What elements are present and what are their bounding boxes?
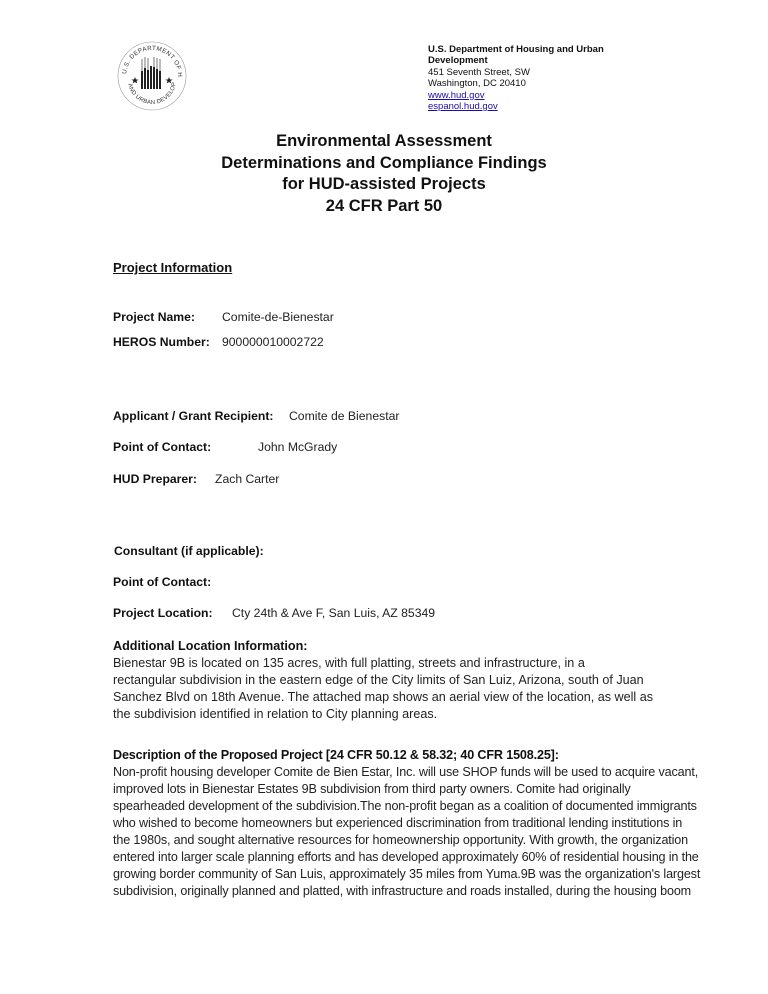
project-description-line: growing border community of San Luis, ap… — [113, 866, 723, 883]
title-line-4: 24 CFR Part 50 — [0, 196, 768, 218]
agency-name-line2: Development — [428, 55, 618, 66]
section-heading-project-information: Project Information — [113, 260, 232, 275]
project-description-line: entered into larger scale planning effor… — [113, 849, 723, 866]
point-of-contact-value: John McGrady — [258, 440, 337, 454]
hud-website-link[interactable]: www.hud.gov — [428, 90, 618, 101]
title-line-1: Environmental Assessment — [0, 131, 768, 153]
agency-street: 451 Seventh Street, SW — [428, 67, 618, 78]
project-description-heading: Description of the Proposed Project [24 … — [113, 747, 723, 764]
project-name-value: Comite-de-Bienestar — [222, 310, 334, 324]
point-of-contact-label: Point of Contact: — [113, 440, 211, 454]
project-description-line: the 1980s, and sought alternative resour… — [113, 832, 723, 849]
additional-location-line: Sanchez Blvd on 18th Avenue. The attache… — [113, 689, 723, 706]
project-description-line: improved lots in Bienestar Estates 9B su… — [113, 781, 723, 798]
agency-name-line1: U.S. Department of Housing and Urban — [428, 44, 618, 55]
project-description-line: Non-profit housing developer Comite de B… — [113, 764, 723, 781]
heros-number-value: 900000010002722 — [222, 335, 324, 349]
hud-seal-logo: U.S. DEPARTMENT OF HOUSING AND URBAN DEV… — [116, 40, 188, 112]
project-description-line: who wished to become homeowners but expe… — [113, 815, 723, 832]
hud-preparer-label: HUD Preparer: — [113, 472, 197, 486]
title-line-2: Determinations and Compliance Findings — [0, 153, 768, 175]
title-line-3: for HUD-assisted Projects — [0, 174, 768, 196]
project-description-line: spearheaded development of the subdivisi… — [113, 798, 723, 815]
additional-location-line: Bienestar 9B is located on 135 acres, wi… — [113, 655, 723, 672]
heros-number-label: HEROS Number: — [113, 335, 210, 349]
project-location-label: Project Location: — [113, 606, 213, 620]
applicant-label: Applicant / Grant Recipient: — [113, 409, 274, 423]
hud-seal-icon: U.S. DEPARTMENT OF HOUSING AND URBAN DEV… — [116, 40, 188, 112]
additional-location-section: Additional Location Information: Bienest… — [113, 638, 723, 723]
project-description-section: Description of the Proposed Project [24 … — [113, 747, 723, 900]
consultant-label: Consultant (if applicable): — [114, 544, 264, 558]
applicant-value: Comite de Bienestar — [289, 409, 399, 423]
additional-location-line: the subdivision identified in relation t… — [113, 706, 723, 723]
additional-location-line: rectangular subdivision in the eastern e… — [113, 672, 723, 689]
hud-preparer-value: Zach Carter — [215, 472, 279, 486]
agency-city: Washington, DC 20410 — [428, 78, 618, 89]
project-location-value: Cty 24th & Ave F, San Luis, AZ 85349 — [232, 606, 435, 620]
espanol-website-link[interactable]: espanol.hud.gov — [428, 101, 618, 112]
document-title: Environmental Assessment Determinations … — [0, 131, 768, 217]
agency-address-block: U.S. Department of Housing and Urban Dev… — [428, 44, 618, 112]
consultant-point-of-contact-label: Point of Contact: — [113, 575, 211, 589]
additional-location-heading: Additional Location Information: — [113, 638, 723, 655]
project-description-line: subdivision, originally planned and plat… — [113, 883, 723, 900]
project-name-label: Project Name: — [113, 310, 195, 324]
